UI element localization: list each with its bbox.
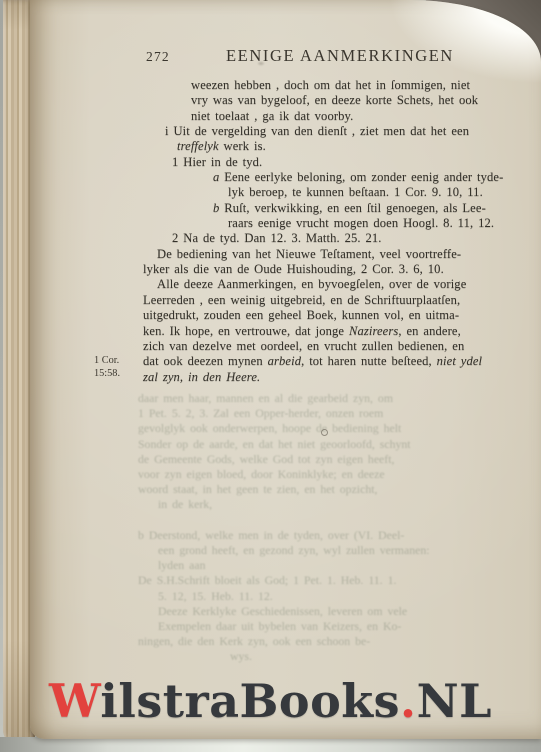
text-line: De bediening van het Nieuwe Teſtament, v… [30,247,541,262]
showthrough-line: De S.H.Schrift bloeit als God; 1 Pet. 1.… [30,573,541,588]
showthrough-line: de Gemeente Gods, welke God tot zyn eige… [30,452,541,467]
showthrough-line: wys. [30,649,541,664]
showthrough-line: woord staat, in het geen te zien, en het… [30,482,541,497]
watermark-dot: . [400,674,417,728]
text-segment: zal zyn, in den Heere. [143,370,260,384]
text-line: lyker als die van de Oude Huishouding, 2… [30,262,541,277]
book-bottom-edge [0,737,541,752]
page-text-block: weezen hebben , doch om dat het in ſommi… [30,78,541,385]
showthrough-line: Sonder op de aarde, en dat het niet geoo… [30,437,541,452]
book-page: 272 EENIGE AANMERKINGEN weezen hebben , … [30,0,541,739]
watermark-text: NL [417,674,492,728]
page-number: 272 [146,49,170,65]
text-line: niet toelaat , ga ik dat voorby. [30,109,541,124]
watermark-initial: W [49,674,100,728]
text-line: treffelyk werk is. [30,139,541,154]
margin-note-line: 15:58. [94,368,120,381]
showthrough-line: voor zyn eigen bloed, door Koninklyke; e… [30,467,541,482]
margin-note: 1 Cor. 15:58. [94,355,120,381]
showthrough-line: lyden aan [30,558,541,573]
text-line: i Uit de vergelding van den dienſt , zie… [30,124,541,139]
showthrough-line: een grond heeft, en gezond zyn, wyl zull… [30,543,541,558]
text-segment: uitgedrukt, zouden een geheel Boek, kunn… [143,308,459,322]
text-segment: Nazireers [349,324,398,338]
text-segment: niet ydel [437,354,483,368]
text-line: raars eenige vrucht mogen doen Hoogl. 8.… [30,216,541,231]
text-line: a Eene eerlyke beloning, om zonder eenig… [30,170,541,185]
showthrough-line: Exempelen daar uit bybelen van Keizers, … [30,619,541,634]
text-segment: niet toelaat , ga ik dat voorby. [191,109,353,123]
text-segment: vry was van bygeloof, en deeze korte Sch… [191,93,478,107]
text-segment: raars eenige vrucht mogen doen Hoogl. 8.… [228,216,494,230]
text-segment: i Uit de vergelding van den dienſt , zie… [165,124,469,138]
text-segment: dat ook deezen mynen [143,354,268,368]
watermark-text: Books [240,674,401,728]
text-line: Leerreden , een weinig uitgebreid, en de… [30,293,541,308]
text-segment: zich van dezelve met oordeel, en vrucht … [143,339,464,353]
showthrough-line [30,513,541,528]
showthrough-line: Deeze Kerklyke Geschiedenissen, leveren … [30,604,541,619]
text-segment: treffelyk [177,139,219,153]
text-segment: weezen hebben , doch om dat het in ſommi… [191,78,470,92]
text-segment: Ruſt, verkwikking, en een ſtil genoegen,… [219,201,485,215]
text-line: Alle deeze Aanmerkingen, en byvoegſelen,… [30,277,541,292]
text-segment: werk is. [219,139,266,153]
book-photo-scene: 272 EENIGE AANMERKINGEN weezen hebben , … [0,0,541,752]
text-line: weezen hebben , doch om dat het in ſommi… [30,78,541,93]
ink-speck [321,429,328,436]
showthrough-line: daar men haar, mannen en al die gearbeid… [30,391,541,406]
text-line: uitgedrukt, zouden een geheel Boek, kunn… [30,308,541,323]
text-line: vry was van bygeloof, en deeze korte Sch… [30,93,541,108]
text-line: 2 Na de tyd. Dan 12. 3. Matth. 25. 21. [30,231,541,246]
showthrough-line: ningen, die den Kerk zyn, ook een schoon… [30,634,541,649]
text-segment: De bediening van het Nieuwe Teſtament, v… [157,247,461,261]
text-segment: Alle deeze Aanmerkingen, en byvoegſelen,… [157,277,466,291]
showthrough-line: 5. 12, 15. Heb. 11. 12. [30,589,541,604]
text-segment: , en andere, [398,324,460,338]
showthrough-line: gevolglyk ook onderwerpen, hoope de bedi… [30,421,541,436]
showthrough-line: 1 Pet. 5. 2, 3. Zal een Opper-herder, on… [30,406,541,421]
text-line: lyk beroep, te kunnen beſtaan. 1 Cor. 9.… [30,185,541,200]
running-header: EENIGE AANMERKINGEN [226,46,454,66]
watermark-text: ilstra [100,674,239,728]
text-line: zich van dezelve met oordeel, en vrucht … [30,339,541,354]
margin-note-line: 1 Cor. [94,355,120,368]
text-line: b Ruſt, verkwikking, en een ſtil genoege… [30,201,541,216]
text-segment: Leerreden , een weinig uitgebreid, en de… [143,293,460,307]
watermark: WilstraBooks.NL [0,674,541,728]
text-segment: ken. Ik hope, en vertrouwe, dat jonge [143,324,349,338]
showthrough-text: daar men haar, mannen en al die gearbeid… [30,391,541,665]
text-segment: Eene eerlyke beloning, om zonder eenig a… [219,170,503,184]
text-segment: lyk beroep, te kunnen beſtaan. 1 Cor. 9.… [228,185,483,199]
showthrough-line: b Deerstond, welke men in de tyden, over… [30,528,541,543]
text-segment: , tot haren nutte beſteed, [301,354,437,368]
text-segment: arbeid [268,354,301,368]
text-segment: lyker als die van de Oude Huishouding, 2… [143,262,444,276]
text-line: 1 Hier in de tyd. [30,155,541,170]
text-segment: 2 Na de tyd. Dan 12. 3. Matth. 25. 21. [172,231,382,245]
showthrough-line: in de kerk, [30,497,541,512]
text-line: ken. Ik hope, en vertrouwe, dat jonge Na… [30,324,541,339]
text-segment: 1 Hier in de tyd. [172,155,262,169]
